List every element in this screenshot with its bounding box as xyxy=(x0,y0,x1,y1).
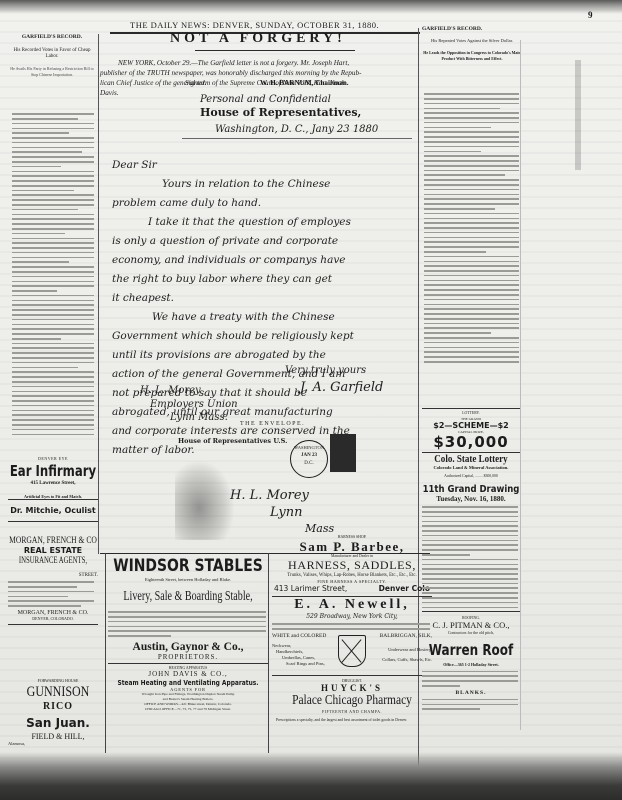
newell-umbrellas: Umbrellas, Canes, xyxy=(282,655,315,660)
letter-line: is only a question of private and corpor… xyxy=(112,232,422,251)
gunnison-title: GUNNISON xyxy=(10,683,106,701)
huyck-main: Palace Chicago Pharmacy xyxy=(272,693,432,709)
left-column: GARFIELD'S RECORD. His Recorded Votes in… xyxy=(8,30,96,78)
davis-sub: Steam Heating and Ventilating Apparatus. xyxy=(109,678,266,687)
envelope-state: Mass xyxy=(305,522,334,535)
scheme: $2—SCHEME—$2 xyxy=(422,421,520,430)
center-right-ads: HARNESS SHOP. Sam P. Barbee, Manufacture… xyxy=(272,535,432,755)
huyck-line: Prescriptions a specialty, and the large… xyxy=(272,718,432,723)
scan-artifact xyxy=(575,60,581,170)
right-heading: GARFIELD'S RECORD. xyxy=(422,26,522,32)
gunnison-ad: FORWARDING HOUSE GUNNISON RICO San Juan.… xyxy=(8,678,108,758)
letter-addressee-3: Lynn Mass. xyxy=(170,412,228,423)
envelope-letterhead: House of Representatives U.S. xyxy=(178,437,287,445)
huyck-address: FIFTEENTH AND CHAMPA. xyxy=(272,709,432,714)
lottery-label: LOTTERY. xyxy=(422,408,520,415)
letter-line: the right to buy labor where they can ge… xyxy=(112,270,422,289)
morgan-footer: MORGAN, FRENCH & CO. xyxy=(8,610,98,616)
right-margin-rule xyxy=(520,40,521,730)
postmark-state: D.C. xyxy=(291,460,327,468)
letter-line: it cheapest. xyxy=(112,289,422,308)
lottery-sub: Colorado Land & Mineral Association. xyxy=(422,465,520,470)
envelope-addressee: H. L. Morey xyxy=(230,488,309,503)
envelope-ornament xyxy=(175,460,235,540)
letter-salutation: Dear Sir xyxy=(112,156,422,175)
headline-rule xyxy=(195,50,355,51)
postmark-date: JAN 23 xyxy=(291,452,327,460)
postmark-city: WASHINGTON xyxy=(291,444,327,452)
huyck-title: HUYCK'S xyxy=(272,683,432,693)
morgan-city: DENVER, COLORADO. xyxy=(8,616,98,621)
postmark: WASHINGTON JAN 23 D.C. xyxy=(290,440,328,478)
letter-line: Government which should be religiously k… xyxy=(112,327,422,346)
windsor-address: Eighteenth Street, between Holladay and … xyxy=(108,577,268,582)
davis-title: JOHN DAVIS & CO., xyxy=(108,670,268,678)
letter-closing: Very truly yours xyxy=(285,365,366,376)
rico-label: RICO xyxy=(8,701,108,712)
pitman-sub: Contractors for the old pitch, xyxy=(422,630,520,635)
ads-left-rule xyxy=(105,553,106,753)
pitman-title: C. J. PITMAN & CO., xyxy=(422,620,520,630)
right-ads: LOTTERY. THE GRAND $2—SCHEME—$2 CAPITAL … xyxy=(422,408,520,758)
bulletin-line-1: NEW YORK, October 29.—The Garfield lette… xyxy=(100,58,418,68)
blanks-label: BLANKS. xyxy=(422,690,520,696)
page-number: 9 xyxy=(588,10,593,20)
eye-address: 415 Lawrence Street, xyxy=(8,481,98,486)
morgan-sub2: INSURANCE AGENTS, xyxy=(10,555,96,565)
newell-neckwear: Neckwear, xyxy=(272,643,291,648)
newell-handkerchiefs: Handkerchiefs, xyxy=(276,649,303,654)
right-subhead: His Repeated Votes Against the Silver Do… xyxy=(422,38,522,44)
left-subhead: His Recorded Votes in Favor of Cheap Lab… xyxy=(8,48,96,60)
postage-stamp xyxy=(330,434,356,472)
letter-addressee-1: H. L. Morey xyxy=(140,385,201,396)
davis-line-4: CHICAGO OFFICE—71, 73, 75, 77 and 79 Mic… xyxy=(108,707,268,712)
headline: NOT A FORGERY! xyxy=(170,31,346,47)
letter-signature: J. A. Garfield xyxy=(300,380,383,395)
austin-sub: PROPRIETORS. xyxy=(108,653,268,661)
drawing-date: Tuesday, Nov. 16, 1880. xyxy=(422,495,520,503)
newell-scarf: Scarf Rings and Pins, xyxy=(286,661,325,666)
san-juan-label: San Juan. xyxy=(8,716,108,730)
scan-bottom-shadow xyxy=(0,752,622,800)
scan-top-shadow xyxy=(0,0,622,14)
morgan-sub1: REAL ESTATE xyxy=(8,546,98,555)
morgan-street: STREET. xyxy=(8,573,98,578)
lottery-title: Colo. State Lottery xyxy=(423,453,520,465)
envelope-city: Lynn xyxy=(270,505,303,520)
authorized-capital: Authorized Capital, ........ $300,000 xyxy=(422,474,520,478)
letter-line: I take it that the question of employes xyxy=(112,213,422,232)
right-column: GARFIELD'S RECORD. His Repeated Votes Ag… xyxy=(422,26,522,61)
newspaper-page: THE DAILY NEWS: DENVER, SUNDAY, OCTOBER … xyxy=(0,0,622,800)
alamosa-label: Alamosa, xyxy=(8,741,108,746)
left-deck: He Avails His Party in Refusing a Restri… xyxy=(8,66,96,78)
windsor-sub: Livery, Sale & Boarding Stable, xyxy=(109,586,267,608)
envelope-label: THE ENVELOPE. xyxy=(240,421,305,427)
left-article-text xyxy=(12,110,94,438)
letter-line: problem came duly to hand. xyxy=(112,194,422,213)
newell-title: E. A. Newell, xyxy=(272,597,432,613)
barbee-title: Sam P. Barbee, xyxy=(272,539,432,554)
letter-line: We have a treaty with the Chinese xyxy=(112,308,422,327)
eye-doctor: Dr. Mitchie, Oculist xyxy=(8,506,98,515)
capital-prize: $30,000 xyxy=(422,434,520,451)
windsor-title: WINDSOR STABLES xyxy=(108,555,268,577)
eye-title: Ear Infirmary xyxy=(9,461,98,481)
right-article-text xyxy=(424,90,519,366)
newell-shield-emblem xyxy=(338,635,366,667)
warren-title: Warren Roof xyxy=(422,641,520,659)
letter-addressee-2: Employers Union xyxy=(150,399,238,410)
field-hill-label: FIELD & HILL, xyxy=(8,732,108,741)
right-deck: He Leads the Opposition in Congress to C… xyxy=(422,50,522,61)
barbee-address: 413 Larimer Street, xyxy=(274,584,347,593)
bulletin-line-2: publisher of the TRUTH newspaper, was ho… xyxy=(100,68,418,78)
windsor-ad: WINDSOR STABLES Eighteenth Street, betwe… xyxy=(108,555,268,755)
letter-line: economy, and individuals or companys hav… xyxy=(112,251,422,270)
eye-line: Artificial Eyes to Fit and Match. xyxy=(8,494,98,500)
newell-address: 529 Broadway, New York City, xyxy=(272,613,432,620)
morgan-title: MORGAN, FRENCH & CO xyxy=(9,536,97,546)
column-rule-left xyxy=(98,34,99,554)
drawing-title: 11th Grand Drawing xyxy=(423,484,520,495)
left-heading: GARFIELD'S RECORD. xyxy=(8,34,96,40)
warren-office: Office—365 1-2 Holladay Street. xyxy=(422,662,520,667)
ads-center-rule xyxy=(268,553,269,753)
letter-line: Yours in relation to the Chinese xyxy=(112,175,422,194)
letter-line: until its provisions are abrogated by th… xyxy=(112,346,422,365)
barbee-main: HARNESS, SADDLES, xyxy=(272,558,432,573)
austin-title: Austin, Gaynor & Co., xyxy=(108,641,268,653)
newell-white: WHITE and COLORED xyxy=(272,633,326,639)
